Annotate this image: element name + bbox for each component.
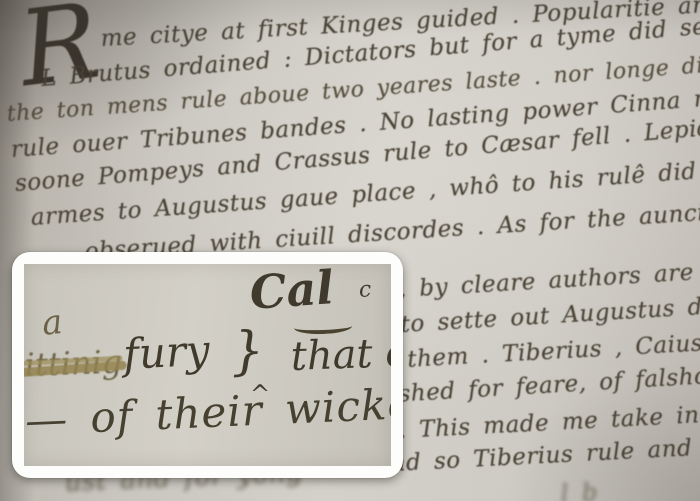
inset-phrase: that o (290, 330, 391, 380)
inset-second-line: — of their wicked l (24, 376, 391, 445)
manuscript-photo: R me citye at first Kinges guided . Popu… (0, 0, 700, 501)
inset-word-fury: fury (122, 325, 211, 378)
inset-letter-a: a (40, 302, 64, 344)
inset-brace-flourish: } (230, 321, 265, 382)
blurred-text-line: l b (560, 478, 599, 501)
inset-insertion-mark: c (358, 277, 372, 303)
magnified-paper: a Cal c ittinig fury } ^ that o — of the… (24, 264, 391, 466)
inset-insertion-word: Cal (248, 264, 335, 320)
magnifier-inset: a Cal c ittinig fury } ^ that o — of the… (12, 252, 403, 478)
inset-struck-word: ittinig (24, 343, 123, 384)
